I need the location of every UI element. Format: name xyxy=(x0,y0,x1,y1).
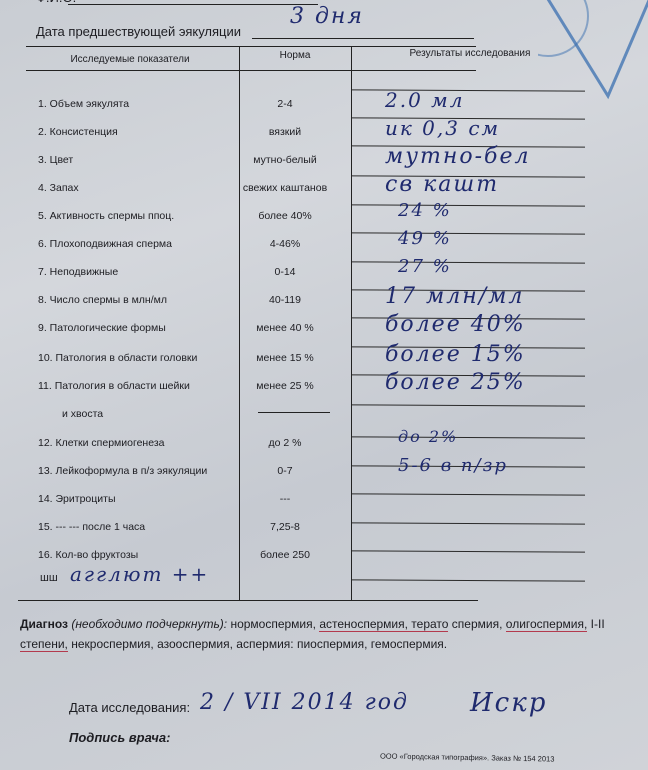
diagnosis-option: некроспермия, азооспермия, аспермия: пио… xyxy=(71,637,447,651)
result-rule xyxy=(352,404,585,406)
result-value: до 2% xyxy=(398,427,458,446)
result-value: мутно-бел xyxy=(385,144,531,169)
lab-form: Ф.И.О. Дата предшествующей эякуляции 3 д… xyxy=(0,0,648,770)
diagnosis-option: олигоспермия, xyxy=(506,617,588,632)
result-rule xyxy=(352,436,585,438)
extra-label: шш xyxy=(40,572,58,584)
diagnosis-option: степени, xyxy=(20,637,68,652)
result-value: 5-6 в п/зр xyxy=(398,455,508,476)
study-date-label: Дата исследования: xyxy=(69,700,190,715)
result-rule xyxy=(352,522,585,524)
norm-value: --- xyxy=(240,493,330,505)
param-label: 7. Неподвижные xyxy=(38,266,118,278)
diagnosis-option: нормоспермия, xyxy=(230,617,316,631)
prev-ejaculation-value: 3 дня xyxy=(290,4,364,29)
signature-label: Подпись врача: xyxy=(69,730,170,745)
param-label: 6. Плохоподвижная сперма xyxy=(38,238,172,250)
fio-line xyxy=(68,4,318,5)
prev-ejaculation-label: Дата предшествующей эякуляции xyxy=(36,24,241,39)
diagnosis-block: Диагноз (необходимо подчеркнуть): нормос… xyxy=(20,614,620,654)
param-label: 10. Патология в области головки xyxy=(38,352,197,364)
header-params: Исследуемые показатели xyxy=(40,54,220,65)
norm-blank-line xyxy=(258,412,330,413)
param-label: 9. Патологические формы xyxy=(38,322,166,334)
param-label: 3. Цвет xyxy=(38,154,73,166)
norm-value: 7,25-8 xyxy=(240,521,330,533)
table-top-rule xyxy=(26,46,476,47)
norm-value: 40-119 xyxy=(240,294,330,306)
result-value: 27 % xyxy=(398,256,452,277)
result-rule xyxy=(352,550,585,552)
param-label: 12. Клетки спермиогенеза xyxy=(38,437,164,449)
diagnosis-option: астеноспермия, терато xyxy=(319,617,448,632)
param-label: 13. Лейкоформула в п/з эякуляции xyxy=(38,465,207,477)
result-rule xyxy=(352,204,585,206)
result-value: более 15% xyxy=(385,342,526,367)
study-date-value: 2 / VII 2014 год xyxy=(200,690,409,715)
norm-value: 2-4 xyxy=(240,98,330,110)
norm-value: более 250 xyxy=(240,549,330,561)
norm-value: вязкий xyxy=(240,126,330,138)
norm-value: более 40% xyxy=(240,210,330,222)
norm-value: свежих каштанов xyxy=(240,182,330,194)
result-value: ик 0,3 см xyxy=(385,116,500,140)
norm-value: 0-14 xyxy=(240,266,330,278)
norm-value: менее 25 % xyxy=(240,380,330,392)
diagnosis-label: Диагноз xyxy=(20,617,68,631)
result-rule xyxy=(352,261,585,263)
result-value: 17 млн/мл xyxy=(385,284,524,309)
norm-value: до 2 % xyxy=(240,437,330,449)
result-value: 49 % xyxy=(398,228,452,249)
norm-value: менее 15 % xyxy=(240,352,330,364)
param-label: и хвоста xyxy=(62,408,103,420)
result-value: 24 % xyxy=(398,200,452,221)
param-label: 14. Эритроциты xyxy=(38,493,116,505)
result-value: 2.0 мл xyxy=(385,88,464,112)
param-label: 16. Кол-во фруктозы xyxy=(38,549,138,561)
result-rule xyxy=(352,493,585,495)
prev-ejaculation-line xyxy=(252,38,474,39)
result-value: более 40% xyxy=(385,312,526,337)
norm-value: 0-7 xyxy=(240,465,330,477)
diagnosis-option: I-II xyxy=(591,617,605,631)
header-norm: Норма xyxy=(240,50,350,61)
param-label: 1. Объем эякулята xyxy=(38,98,129,110)
norm-value: 4-46% xyxy=(240,238,330,250)
param-label: 15. --- --- после 1 часа xyxy=(38,521,145,533)
header-result: Результаты исследования xyxy=(370,48,570,59)
doctor-signature: Искр xyxy=(470,688,547,718)
table-header-rule xyxy=(26,70,476,71)
extra-value: агглют ++ xyxy=(70,562,209,586)
result-value: св кашт xyxy=(385,172,499,197)
param-label: 4. Запах xyxy=(38,182,79,194)
param-label: 2. Консистенция xyxy=(38,126,118,138)
diagnosis-hint: (необходимо подчеркнуть): xyxy=(71,617,227,631)
result-rule xyxy=(352,232,585,234)
norm-value: мутно-белый xyxy=(240,154,330,166)
printer-credit: ООО «Городская типография». Заказ № 154 … xyxy=(380,751,555,763)
table-bottom-rule xyxy=(18,600,478,601)
param-label: 5. Активность спермы ппоц. xyxy=(38,210,174,222)
param-label: 8. Число спермы в млн/мл xyxy=(38,294,167,306)
norm-value: менее 40 % xyxy=(240,322,330,334)
column-divider-2 xyxy=(351,46,352,601)
diagnosis-option: спермия, xyxy=(452,617,503,631)
result-value: более 25% xyxy=(385,370,526,395)
result-rule xyxy=(352,579,585,581)
param-label: 11. Патология в области шейки xyxy=(38,380,190,392)
